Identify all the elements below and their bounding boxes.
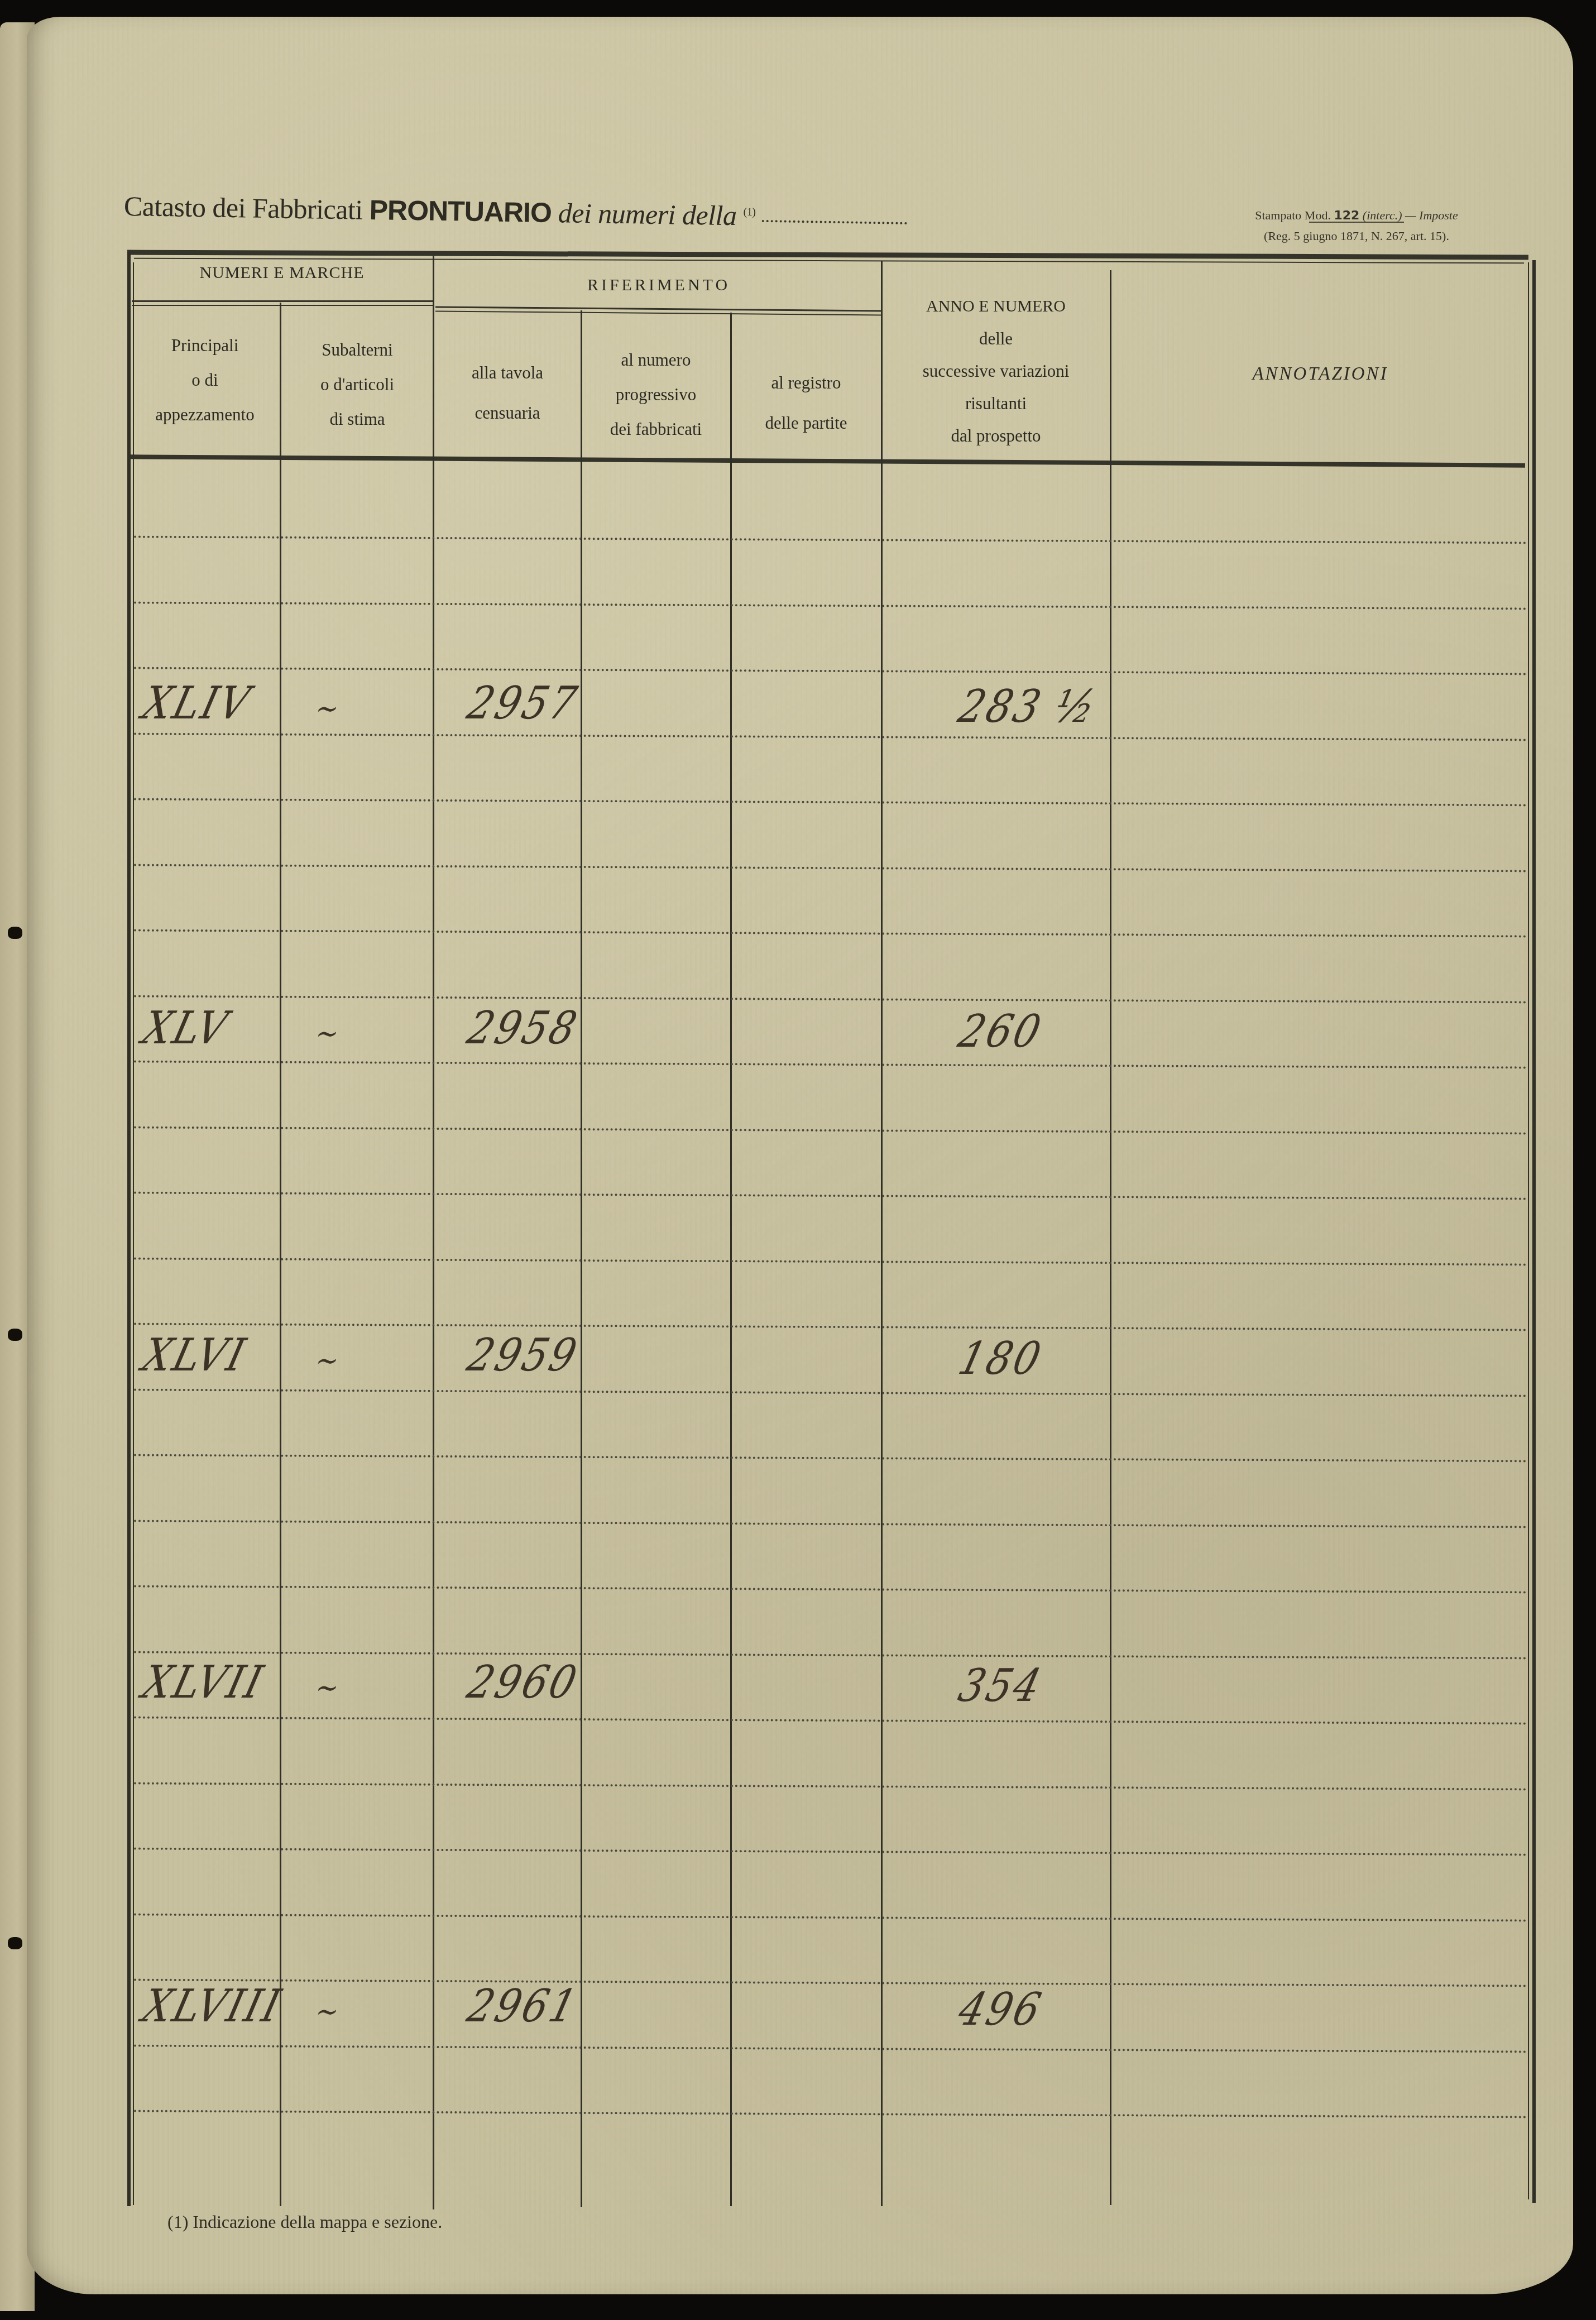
cell-tavola: 2960 (462, 1656, 584, 1708)
footnote-ref: (1) (743, 206, 755, 218)
header-line: appezzamento (132, 397, 278, 432)
stamp-prefix: Stampato Mod. (1255, 208, 1331, 222)
model-number: 122 (1334, 209, 1359, 223)
stamp-suffix: (interc.) — Imposte (1363, 208, 1458, 222)
title-bold: PRONTUARIO (369, 194, 552, 228)
header-line: delle partite (732, 403, 880, 443)
stamp-regulation: (Reg. 5 giugno 1871, N. 267, art. 15). (1195, 223, 1518, 250)
header-line: dal prospetto (883, 420, 1109, 452)
title-prefix: Catasto dei Fabbricati (124, 190, 363, 226)
table-right-border (1532, 260, 1536, 2203)
fill-in-dotted-line (762, 220, 907, 224)
cell-tavola: 2958 (462, 1001, 584, 1054)
header-line: progressivo (583, 377, 729, 412)
header-line: alla tavola (435, 353, 579, 393)
header-line: o d'articoli (282, 367, 432, 402)
group-rule-numeri-thin (132, 305, 433, 306)
header-annotazioni: ANNOTAZIONI (1114, 364, 1527, 385)
cell-principali: XLVI (137, 1329, 252, 1381)
table-left-border (127, 252, 131, 2206)
header-line: o di (132, 363, 278, 397)
cell-variazioni: 180 (953, 1332, 1048, 1384)
header-variazioni: ANNO E NUMERO delle successive variazion… (883, 290, 1109, 452)
header-line: censuaria (435, 393, 579, 433)
cell-tavola: 2959 (462, 1329, 584, 1381)
cell-variazioni: 283 ½ (953, 680, 1103, 732)
print-stamp: Stampato Mod. 122 (interc.) — Imposte (R… (1195, 202, 1518, 250)
header-tavola: alla tavola censuaria (435, 353, 579, 433)
header-registro: al registro delle partite (732, 363, 880, 443)
cell-variazioni: 354 (953, 1659, 1048, 1712)
group-rule-numeri (132, 300, 433, 302)
col-sep-1 (280, 303, 281, 2206)
header-subalterni: Subalterni o d'articoli di stima (282, 333, 432, 437)
cell-principali: XLVIII (137, 1979, 287, 2032)
header-line: al numero (583, 343, 729, 377)
cell-principali: XLIV (137, 677, 257, 729)
cell-principali: XLV (137, 1001, 234, 1054)
header-line: risultanti (883, 387, 1109, 420)
header-riferimento: RIFERIMENTO (435, 276, 882, 295)
cell-tavola: 2961 (462, 1979, 584, 2032)
header-principali: Principali o di appezzamento (132, 328, 278, 432)
cell-tavola: 2957 (462, 677, 584, 729)
header-line: di stima (282, 402, 432, 437)
binding-hole (8, 927, 22, 939)
title-italic: dei numeri della (558, 197, 737, 231)
table-right-border-thin (1528, 262, 1529, 2199)
header-line: Principali (132, 328, 278, 363)
header-line: dei fabbricati (583, 412, 729, 447)
binding-hole (8, 1329, 22, 1341)
cell-variazioni: 260 (953, 1005, 1048, 1057)
footnote: (1) Indicazione della mappa e sezione. (167, 2212, 442, 2232)
cell-principali: XLVII (137, 1656, 270, 1708)
header-line: successive variazioni (883, 355, 1109, 387)
col-sep-5 (881, 261, 883, 2206)
header-numero-progressivo: al numero progressivo dei fabbricati (583, 343, 729, 447)
header-line: al registro (732, 363, 880, 403)
header-numeri-e-marche: NUMERI E MARCHE (134, 263, 430, 282)
header-line: delle (883, 323, 1109, 355)
header-line: Subalterni (282, 333, 432, 367)
header-line: ANNO E NUMERO (883, 290, 1109, 323)
col-sep-6 (1110, 270, 1111, 2205)
binding-hole (8, 1937, 22, 1949)
col-sep-3 (581, 310, 582, 2207)
col-sep-4 (730, 313, 732, 2206)
cell-variazioni: 496 (953, 1983, 1048, 2035)
